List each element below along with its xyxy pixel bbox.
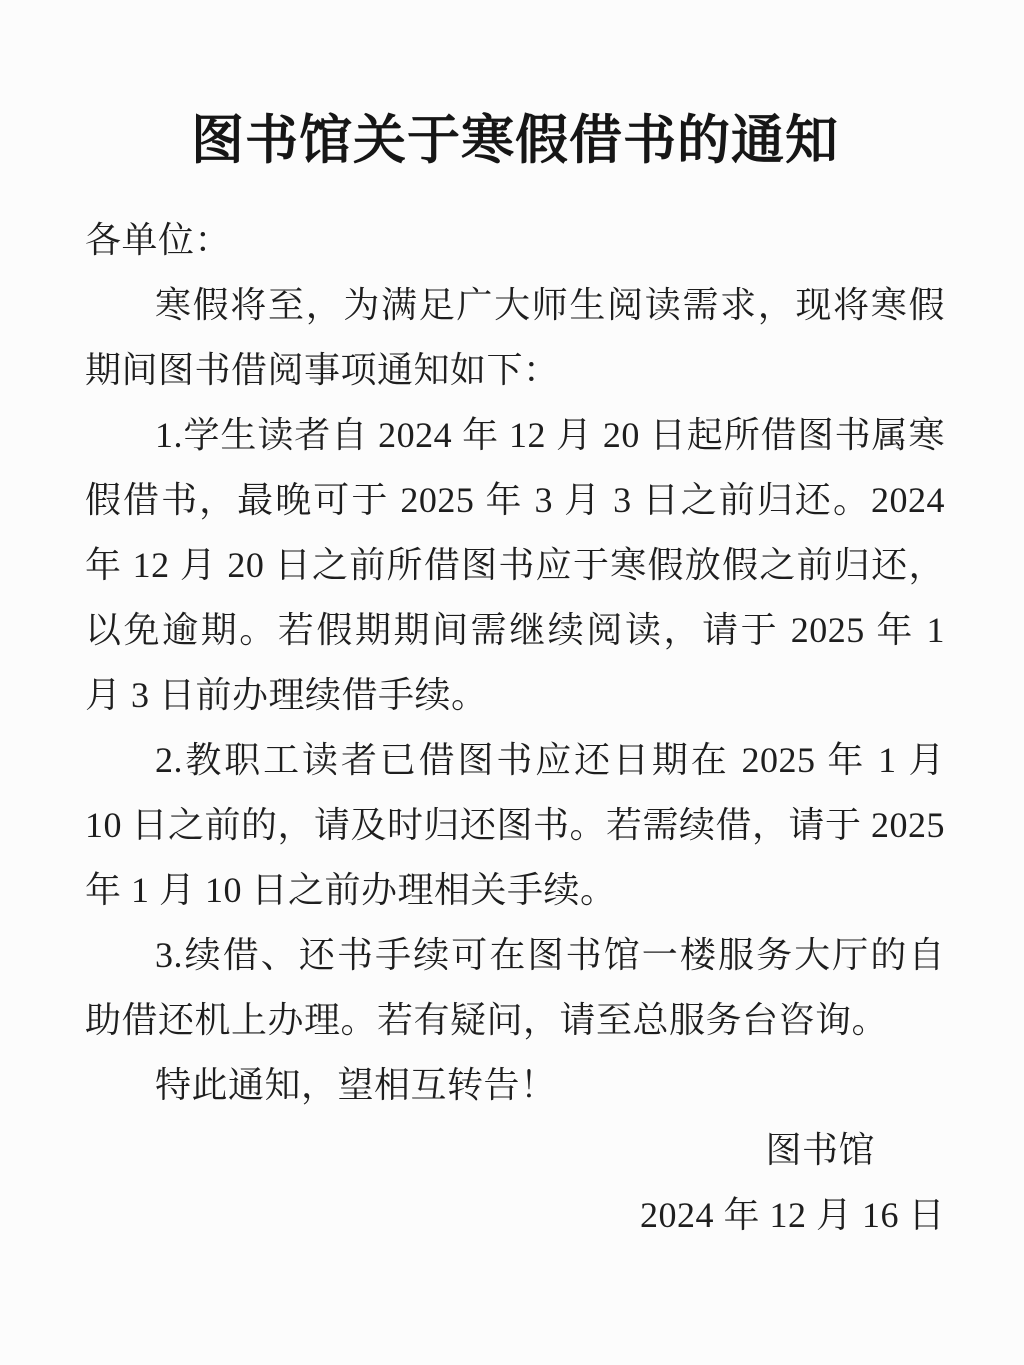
body-line: 助借还机上办理。若有疑问，请至总服务台咨询。 xyxy=(85,988,945,1053)
body-line: 年 1 月 10 日之前办理相关手续。 xyxy=(85,858,945,923)
body-line: 10 日之前的，请及时归还图书。若需续借，请于 2025 xyxy=(85,793,945,858)
notice-page: 图书馆关于寒假借书的通知 各单位： 寒假将至，为满足广大师生阅读需求，现将寒假 … xyxy=(0,0,1024,1365)
notice-content: 图书馆关于寒假借书的通知 各单位： 寒假将至，为满足广大师生阅读需求，现将寒假 … xyxy=(0,0,1024,1248)
body-line: 期间图书借阅事项通知如下： xyxy=(85,338,945,403)
body-line: 以免逾期。若假期期间需继续阅读，请于 2025 年 1 xyxy=(85,598,945,663)
body-line: 假借书，最晚可于 2025 年 3 月 3 日之前归还。2024 xyxy=(85,468,945,533)
body-line: 寒假将至，为满足广大师生阅读需求，现将寒假 xyxy=(85,273,945,338)
body-line: 1.学生读者自 2024 年 12 月 20 日起所借图书属寒 xyxy=(85,403,945,468)
body-line: 年 12 月 20 日之前所借图书应于寒假放假之前归还， xyxy=(85,533,945,598)
body-line: 2.教职工读者已借图书应还日期在 2025 年 1 月 xyxy=(85,728,945,793)
notice-title: 图书馆关于寒假借书的通知 xyxy=(85,0,945,182)
notice-date: 2024 年 12 月 16 日 xyxy=(85,1183,945,1248)
signature: 图书馆 xyxy=(85,1118,945,1183)
body-line: 月 3 日前办理续借手续。 xyxy=(85,663,945,728)
salutation: 各单位： xyxy=(85,208,945,273)
body-line: 3.续借、还书手续可在图书馆一楼服务大厅的自 xyxy=(85,923,945,988)
body-line: 特此通知，望相互转告！ xyxy=(85,1053,945,1118)
